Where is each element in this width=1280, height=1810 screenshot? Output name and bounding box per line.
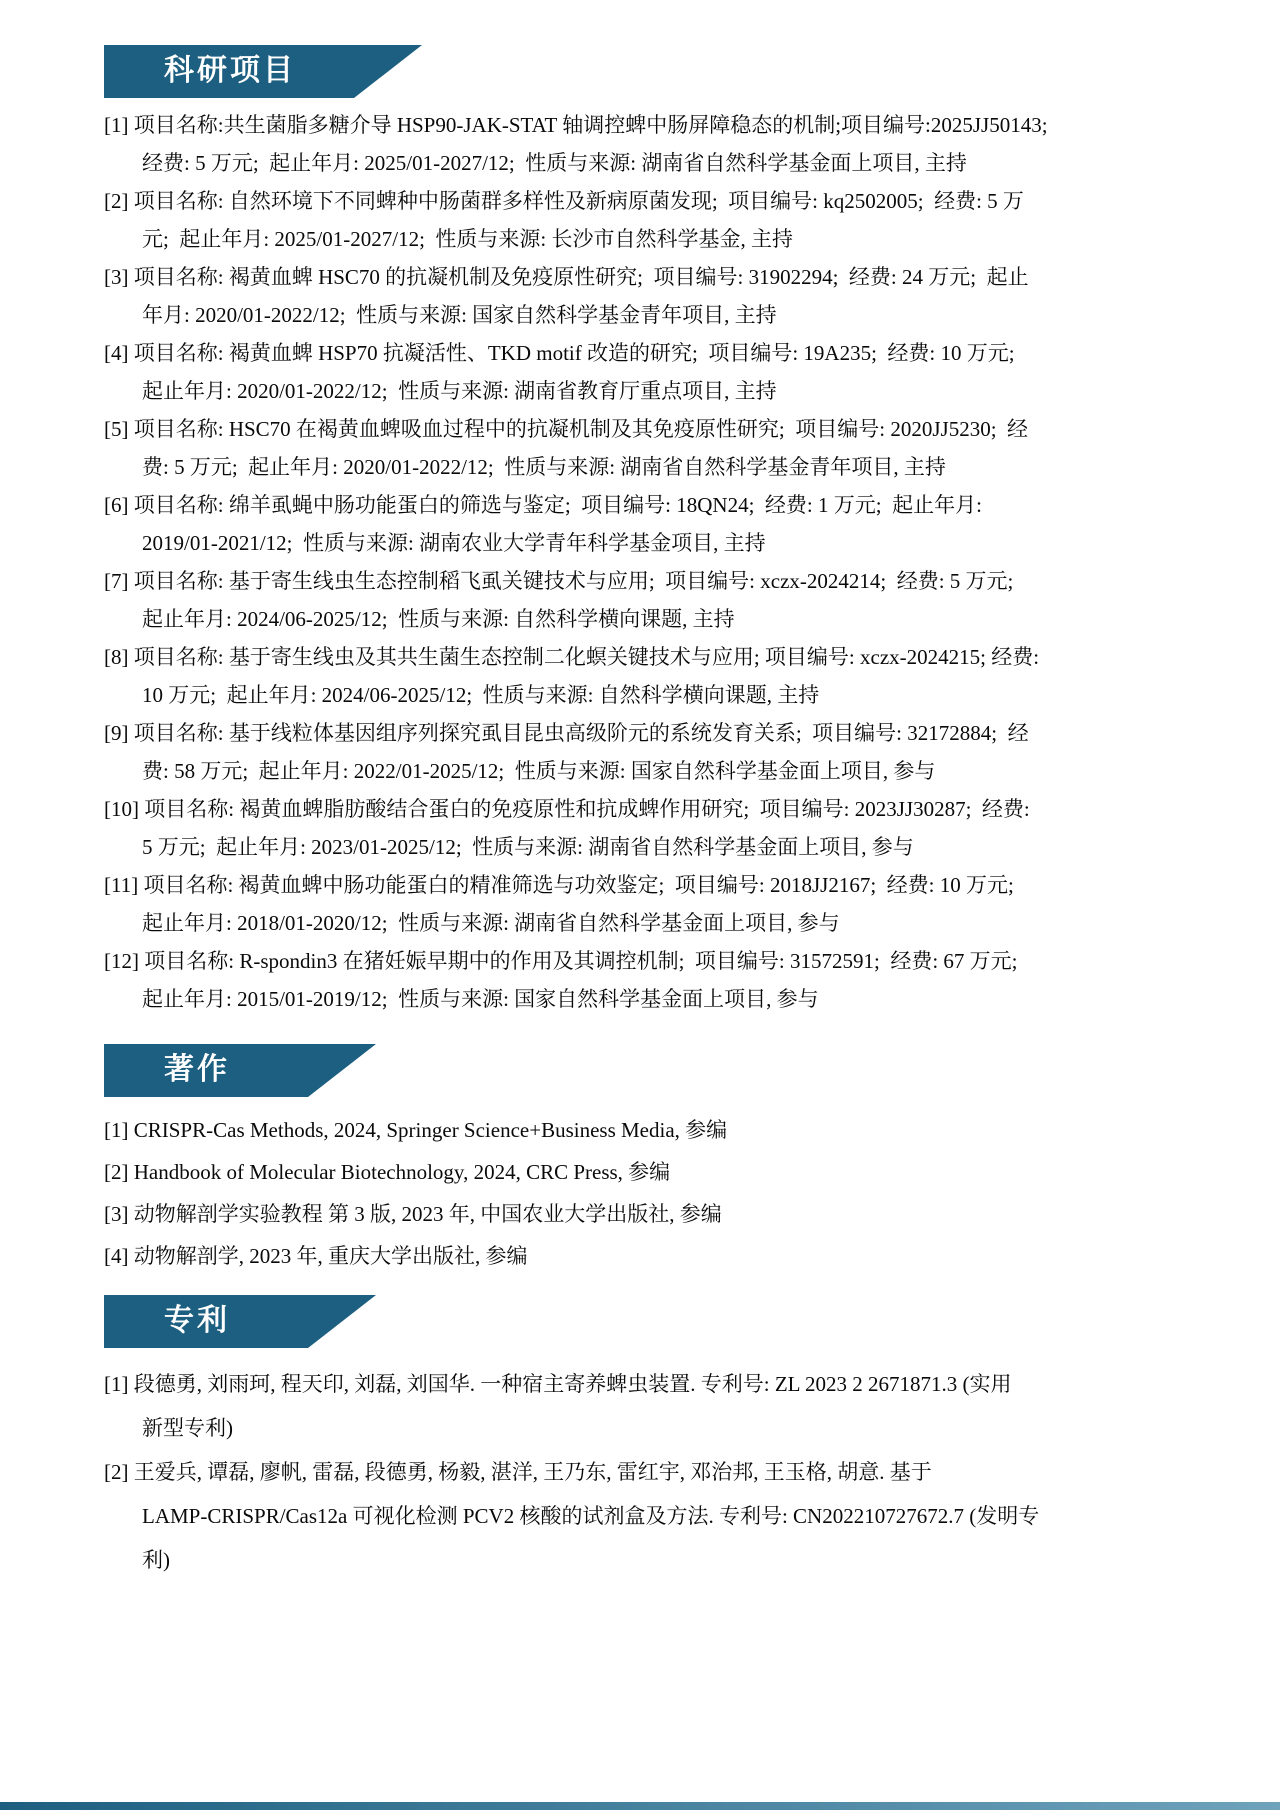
- item-line: 起止年月: 2024/06-2025/12; 性质与来源: 自然科学横向课题, …: [104, 600, 1196, 638]
- cv-document-page: 科研项目 [1] 项目名称:共生菌脂多糖介导 HSP90-JAK-STAT 轴调…: [0, 0, 1280, 1810]
- research-projects-item: [4] 项目名称: 褐黄血蜱 HSP70 抗凝活性、TKD motif 改造的研…: [104, 334, 1196, 410]
- item-number: [3]: [104, 265, 129, 289]
- item-line: 元; 起止年月: 2025/01-2027/12; 性质与来源: 长沙市自然科学…: [104, 220, 1196, 258]
- research-projects-item: [2] 项目名称: 自然环境下不同蜱种中肠菌群多样性及新病原菌发现; 项目编号:…: [104, 182, 1196, 258]
- item-line: [1] CRISPR-Cas Methods, 2024, Springer S…: [104, 1109, 1196, 1151]
- research-projects-item: [7] 项目名称: 基于寄生线虫生态控制稻飞虱关键技术与应用; 项目编号: xc…: [104, 562, 1196, 638]
- item-line: 5 万元; 起止年月: 2023/01-2025/12; 性质与来源: 湖南省自…: [104, 828, 1196, 866]
- item-line: 经费: 5 万元; 起止年月: 2025/01-2027/12; 性质与来源: …: [104, 144, 1196, 182]
- patents-item: [1] 段德勇, 刘雨珂, 程天印, 刘磊, 刘国华. 一种宿主寄养蜱虫装置. …: [104, 1362, 1196, 1450]
- item-number: [10]: [104, 797, 139, 821]
- item-line: 利): [104, 1538, 1196, 1582]
- patents-list: [1] 段德勇, 刘雨珂, 程天印, 刘磊, 刘国华. 一种宿主寄养蜱虫装置. …: [104, 1362, 1196, 1582]
- research-projects-item: [3] 项目名称: 褐黄血蜱 HSC70 的抗凝机制及免疫原性研究; 项目编号:…: [104, 258, 1196, 334]
- item-line: 2019/01-2021/12; 性质与来源: 湖南农业大学青年科学基金项目, …: [104, 524, 1196, 562]
- research-projects-item: [1] 项目名称:共生菌脂多糖介导 HSP90-JAK-STAT 轴调控蜱中肠屏…: [104, 106, 1196, 182]
- item-line: [3] 项目名称: 褐黄血蜱 HSC70 的抗凝机制及免疫原性研究; 项目编号:…: [104, 258, 1196, 296]
- item-number: [11]: [104, 873, 138, 897]
- item-number: [2]: [104, 1160, 129, 1184]
- page-content: 科研项目 [1] 项目名称:共生菌脂多糖介导 HSP90-JAK-STAT 轴调…: [0, 45, 1280, 1582]
- section-banner-books: 著作: [104, 1044, 376, 1097]
- research-projects-item: [12] 项目名称: R-spondin3 在猪妊娠早期中的作用及其调控机制; …: [104, 942, 1196, 1018]
- section-title: 科研项目: [104, 56, 296, 88]
- item-number: [1]: [104, 1118, 129, 1142]
- section-books: 著作 [1] CRISPR-Cas Methods, 2024, Springe…: [104, 1044, 1196, 1277]
- item-number: [3]: [104, 1202, 129, 1226]
- item-line: [2] 项目名称: 自然环境下不同蜱种中肠菌群多样性及新病原菌发现; 项目编号:…: [104, 182, 1196, 220]
- item-number: [8]: [104, 645, 129, 669]
- item-line: [2] 王爱兵, 谭磊, 廖帆, 雷磊, 段德勇, 杨毅, 湛洋, 王乃东, 雷…: [104, 1450, 1196, 1494]
- item-line: [12] 项目名称: R-spondin3 在猪妊娠早期中的作用及其调控机制; …: [104, 942, 1196, 980]
- item-line: [9] 项目名称: 基于线粒体基因组序列探究虱目昆虫高级阶元的系统发育关系; 项…: [104, 714, 1196, 752]
- research-projects-item: [10] 项目名称: 褐黄血蜱脂肪酸结合蛋白的免疫原性和抗成蜱作用研究; 项目编…: [104, 790, 1196, 866]
- item-line: [11] 项目名称: 褐黄血蜱中肠功能蛋白的精准筛选与功效鉴定; 项目编号: 2…: [104, 866, 1196, 904]
- books-list: [1] CRISPR-Cas Methods, 2024, Springer S…: [104, 1109, 1196, 1277]
- section-banner-patents: 专利: [104, 1295, 376, 1348]
- section-title: 专利: [104, 1306, 230, 1338]
- item-line: [7] 项目名称: 基于寄生线虫生态控制稻飞虱关键技术与应用; 项目编号: xc…: [104, 562, 1196, 600]
- section-banner-research-projects: 科研项目: [104, 45, 422, 98]
- item-line: [5] 项目名称: HSC70 在褐黄血蜱吸血过程中的抗凝机制及其免疫原性研究;…: [104, 410, 1196, 448]
- books-item: [4] 动物解剖学, 2023 年, 重庆大学出版社, 参编: [104, 1235, 1196, 1277]
- item-line: 起止年月: 2018/01-2020/12; 性质与来源: 湖南省自然科学基金面…: [104, 904, 1196, 942]
- item-number: [5]: [104, 417, 129, 441]
- item-number: [4]: [104, 1244, 129, 1268]
- item-line: 费: 58 万元; 起止年月: 2022/01-2025/12; 性质与来源: …: [104, 752, 1196, 790]
- section-research-projects: 科研项目 [1] 项目名称:共生菌脂多糖介导 HSP90-JAK-STAT 轴调…: [104, 45, 1196, 1018]
- item-number: [2]: [104, 1460, 129, 1484]
- item-line: [10] 项目名称: 褐黄血蜱脂肪酸结合蛋白的免疫原性和抗成蜱作用研究; 项目编…: [104, 790, 1196, 828]
- item-number: [2]: [104, 189, 129, 213]
- item-line: [8] 项目名称: 基于寄生线虫及其共生菌生态控制二化螟关键技术与应用; 项目编…: [104, 638, 1196, 676]
- item-line: LAMP-CRISPR/Cas12a 可视化检测 PCV2 核酸的试剂盒及方法.…: [104, 1494, 1196, 1538]
- item-line: 起止年月: 2015/01-2019/12; 性质与来源: 国家自然科学基金面上…: [104, 980, 1196, 1018]
- item-line: [1] 项目名称:共生菌脂多糖介导 HSP90-JAK-STAT 轴调控蜱中肠屏…: [104, 106, 1196, 144]
- item-line: [4] 动物解剖学, 2023 年, 重庆大学出版社, 参编: [104, 1235, 1196, 1277]
- patents-item: [2] 王爱兵, 谭磊, 廖帆, 雷磊, 段德勇, 杨毅, 湛洋, 王乃东, 雷…: [104, 1450, 1196, 1582]
- item-line: [3] 动物解剖学实验教程 第 3 版, 2023 年, 中国农业大学出版社, …: [104, 1193, 1196, 1235]
- item-number: [12]: [104, 949, 139, 973]
- item-number: [6]: [104, 493, 129, 517]
- books-item: [3] 动物解剖学实验教程 第 3 版, 2023 年, 中国农业大学出版社, …: [104, 1193, 1196, 1235]
- item-line: 新型专利): [104, 1406, 1196, 1450]
- research-projects-list: [1] 项目名称:共生菌脂多糖介导 HSP90-JAK-STAT 轴调控蜱中肠屏…: [104, 106, 1196, 1018]
- books-item: [2] Handbook of Molecular Biotechnology,…: [104, 1151, 1196, 1193]
- item-line: [6] 项目名称: 绵羊虱蝇中肠功能蛋白的筛选与鉴定; 项目编号: 18QN24…: [104, 486, 1196, 524]
- books-item: [1] CRISPR-Cas Methods, 2024, Springer S…: [104, 1109, 1196, 1151]
- research-projects-item: [11] 项目名称: 褐黄血蜱中肠功能蛋白的精准筛选与功效鉴定; 项目编号: 2…: [104, 866, 1196, 942]
- item-number: [1]: [104, 1372, 129, 1396]
- item-number: [9]: [104, 721, 129, 745]
- item-number: [7]: [104, 569, 129, 593]
- footer-accent-bar: [0, 1802, 1280, 1810]
- item-line: 年月: 2020/01-2022/12; 性质与来源: 国家自然科学基金青年项目…: [104, 296, 1196, 334]
- section-patents: 专利 [1] 段德勇, 刘雨珂, 程天印, 刘磊, 刘国华. 一种宿主寄养蜱虫装…: [104, 1295, 1196, 1582]
- item-line: 费: 5 万元; 起止年月: 2020/01-2022/12; 性质与来源: 湖…: [104, 448, 1196, 486]
- research-projects-item: [9] 项目名称: 基于线粒体基因组序列探究虱目昆虫高级阶元的系统发育关系; 项…: [104, 714, 1196, 790]
- research-projects-item: [6] 项目名称: 绵羊虱蝇中肠功能蛋白的筛选与鉴定; 项目编号: 18QN24…: [104, 486, 1196, 562]
- research-projects-item: [8] 项目名称: 基于寄生线虫及其共生菌生态控制二化螟关键技术与应用; 项目编…: [104, 638, 1196, 714]
- item-line: 起止年月: 2020/01-2022/12; 性质与来源: 湖南省教育厅重点项目…: [104, 372, 1196, 410]
- item-line: [4] 项目名称: 褐黄血蜱 HSP70 抗凝活性、TKD motif 改造的研…: [104, 334, 1196, 372]
- item-line: 10 万元; 起止年月: 2024/06-2025/12; 性质与来源: 自然科…: [104, 676, 1196, 714]
- item-line: [2] Handbook of Molecular Biotechnology,…: [104, 1151, 1196, 1193]
- item-line: [1] 段德勇, 刘雨珂, 程天印, 刘磊, 刘国华. 一种宿主寄养蜱虫装置. …: [104, 1362, 1196, 1406]
- item-number: [4]: [104, 341, 129, 365]
- item-number: [1]: [104, 113, 129, 137]
- research-projects-item: [5] 项目名称: HSC70 在褐黄血蜱吸血过程中的抗凝机制及其免疫原性研究;…: [104, 410, 1196, 486]
- section-title: 著作: [104, 1055, 230, 1087]
